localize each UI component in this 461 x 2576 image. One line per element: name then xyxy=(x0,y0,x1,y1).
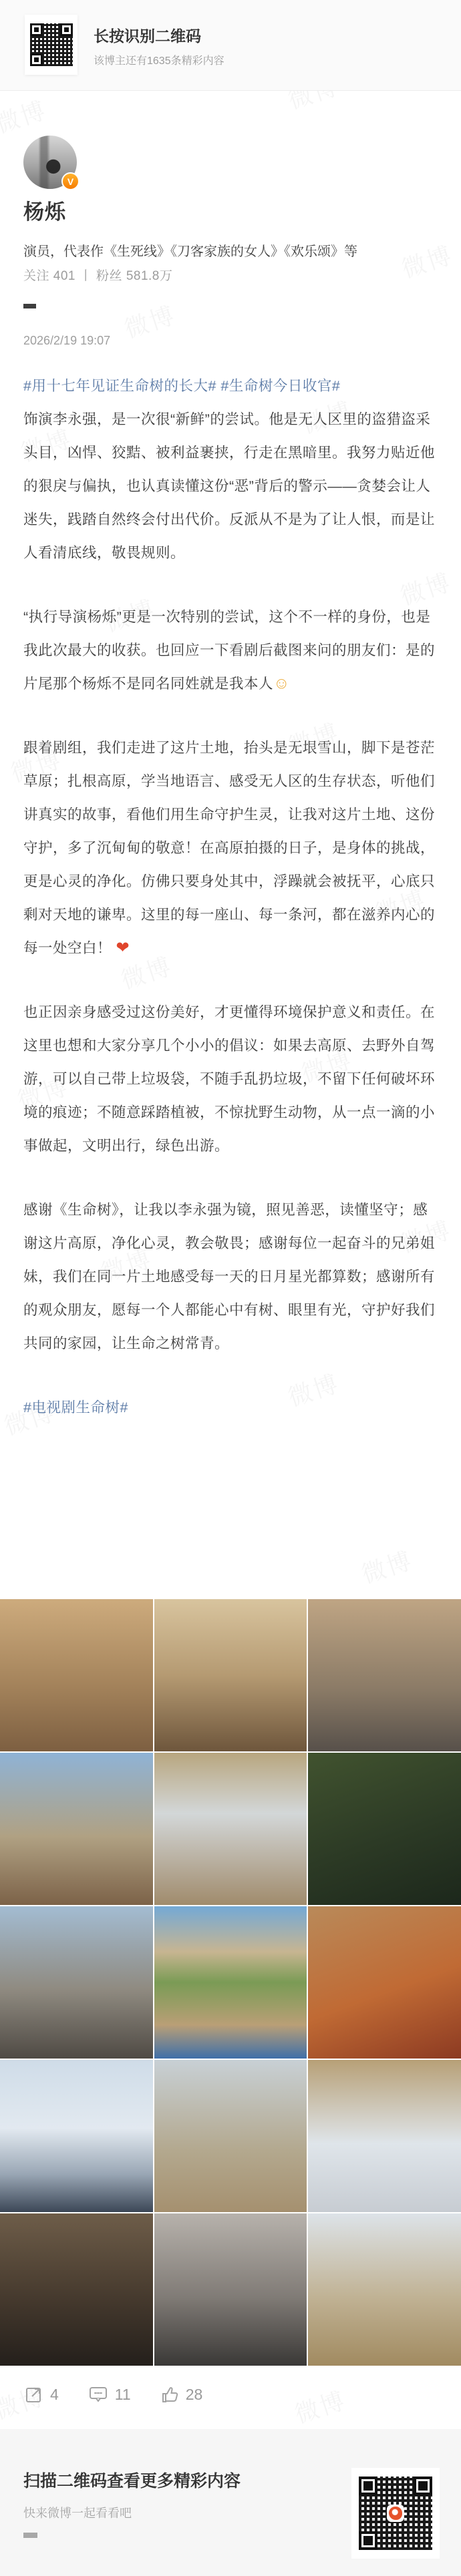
grid-photo-14[interactable] xyxy=(154,2213,307,2366)
grid-photo-2[interactable] xyxy=(154,1599,307,1751)
grid-photo-5[interactable] xyxy=(154,1753,307,1905)
footer-banner: 扫描二维码查看更多精彩内容 快来微博一起看看吧 xyxy=(0,2429,461,2576)
qr-header-subtitle: 该博主还有1635条精彩内容 xyxy=(94,52,224,67)
grid-photo-12[interactable] xyxy=(308,2060,461,2212)
heart-emoji: ❤ xyxy=(116,939,130,957)
grid-photo-10[interactable] xyxy=(0,2060,153,2212)
share-button[interactable]: 4 xyxy=(25,2385,59,2404)
share-icon xyxy=(25,2385,43,2404)
mini-qr-code[interactable] xyxy=(25,15,78,75)
grid-photo-1[interactable] xyxy=(0,1599,153,1751)
footer-title: 扫描二维码查看更多精彩内容 xyxy=(23,2468,241,2492)
comment-icon xyxy=(88,2385,108,2404)
weibo-share-page: 微博 微博 微博 微博 微博 微博 微博 微博 微博 微博 微博 微博 微博 微… xyxy=(0,0,461,2576)
comment-button[interactable]: 11 xyxy=(88,2385,131,2404)
profile-bio: 演员，代表作《生死线》《刀客家族的女人》《欢乐颂》等 xyxy=(23,240,438,260)
like-button[interactable]: 28 xyxy=(160,2385,203,2404)
weibo-watermark: 微博 xyxy=(0,91,51,140)
weibo-watermark: 微博 xyxy=(120,296,180,345)
comment-count: 11 xyxy=(115,2386,131,2404)
post-paragraph: 跟着剧组，我们走进了这片土地，抬头是无垠雪山，脚下是苍茫草原；扎根高原，学当地语… xyxy=(23,731,440,965)
hashtag-links-top[interactable]: #用十七年见证生命树的长大# #生命树今日收官# xyxy=(23,369,440,403)
grid-photo-9[interactable] xyxy=(308,1906,461,2059)
grid-photo-6[interactable] xyxy=(308,1753,461,1905)
post-content: #用十七年见证生命树的长大# #生命树今日收官# 饰演李永强，是一次很“新鲜”的… xyxy=(23,369,440,1599)
smirk-emoji: ☺ xyxy=(273,674,290,692)
photo-grid xyxy=(0,1599,461,2366)
grid-photo-3[interactable] xyxy=(308,1599,461,1751)
footer-dash xyxy=(23,2533,37,2538)
post-paragraph: 感谢《生命树》，让我以李永强为镜，照见善恶，读懂坚守；感谢这片高原，净化心灵，教… xyxy=(23,1193,440,1360)
post-paragraph: “执行导演杨烁”更是一次特别的尝试，这个不一样的身份，也是我此次最大的收获。也回… xyxy=(23,600,440,700)
qr-pattern xyxy=(359,2477,432,2550)
thumbs-up-icon xyxy=(160,2385,179,2404)
grid-photo-13[interactable] xyxy=(0,2213,153,2366)
qr-header-title: 长按识别二维码 xyxy=(94,24,201,46)
footer-subtitle: 快来微博一起看看吧 xyxy=(23,2504,132,2521)
post-paragraph: 饰演李永强，是一次很“新鲜”的尝试。他是无人区里的盗猎盗采头目，凶悍、狡黠、被利… xyxy=(23,403,440,570)
post-paragraph: 也正因亲身感受过这份美好，才更懂得环境保护意义和责任。在这里也想和大家分享几个小… xyxy=(23,996,440,1162)
grid-photo-4[interactable] xyxy=(0,1753,153,1905)
profile-name[interactable]: 杨烁 xyxy=(23,195,66,225)
post-date: 2026/2/19 19:07 xyxy=(23,334,110,348)
weibo-watermark: 微博 xyxy=(290,2382,350,2430)
grid-photo-15[interactable] xyxy=(308,2213,461,2366)
qr-header-bar: 长按识别二维码 该博主还有1635条精彩内容 xyxy=(0,0,461,91)
hashtag-link-bottom[interactable]: #电视剧生命树# xyxy=(23,1391,440,1424)
grid-photo-8[interactable] xyxy=(154,1906,307,2059)
footer-qr-code[interactable] xyxy=(351,2468,440,2559)
action-bar: 4 11 28 xyxy=(25,2385,232,2404)
weibo-logo-icon xyxy=(387,2505,404,2522)
follow-fans-stats: 关注 401 丨 粉丝 581.8万 xyxy=(23,266,172,284)
qr-pattern xyxy=(30,23,73,66)
like-count: 28 xyxy=(186,2386,203,2404)
verified-badge-icon: V xyxy=(61,172,80,190)
grid-photo-7[interactable] xyxy=(0,1906,153,2059)
share-count: 4 xyxy=(50,2386,59,2404)
grid-photo-11[interactable] xyxy=(154,2060,307,2212)
separator-dash xyxy=(23,304,36,308)
